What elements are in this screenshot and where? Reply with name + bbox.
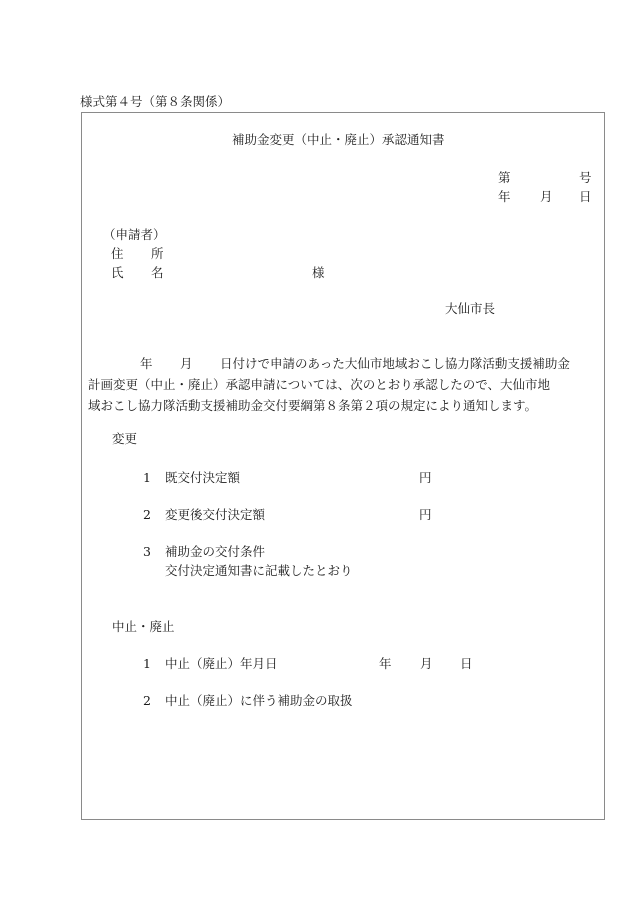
doc-number-suffix: 号 (579, 172, 592, 185)
body-line-1: 日付けで申請のあった大仙市地域おこし協力隊活動支援補助金 (220, 358, 570, 371)
change-item-1-number: 1 (143, 472, 151, 485)
cancel-item-1-label: 中止（廃止）年月日 (165, 658, 278, 671)
form-label: 様式第４号（第８条関係） (80, 96, 230, 109)
change-section-heading: 変更 (112, 433, 137, 446)
cancel-item-1-month: 月 (420, 658, 433, 671)
issuer-mayor: 大仙市長 (445, 303, 495, 316)
cancel-item-1-day: 日 (460, 658, 473, 671)
cancel-item-2-label: 中止（廃止）に伴う補助金の取扱 (165, 695, 353, 708)
doc-number-prefix: 第 (498, 172, 511, 185)
change-item-1-label: 既交付決定額 (165, 472, 240, 485)
name-label-2: 名 (151, 267, 164, 280)
change-item-3-number: 3 (143, 546, 151, 559)
cancel-item-1-number: 1 (143, 658, 151, 671)
change-item-2-number: 2 (143, 509, 151, 522)
cancel-item-1-year: 年 (379, 658, 392, 671)
change-item-2-unit: 円 (419, 509, 432, 522)
date-year-label: 年 (498, 191, 511, 204)
change-item-3-detail: 交付決定通知書に記載したとおり (165, 565, 353, 578)
date-day-label: 日 (579, 191, 592, 204)
change-item-1-unit: 円 (419, 472, 432, 485)
cancel-item-2-number: 2 (143, 695, 151, 708)
honorific-sama: 様 (312, 267, 325, 280)
document-title: 補助金変更（中止・廃止）承認通知書 (232, 134, 445, 147)
body-year: 年 (140, 358, 153, 371)
body-month: 月 (180, 358, 193, 371)
change-item-3-label: 補助金の交付条件 (165, 546, 265, 559)
body-line-2: 計画変更（中止・廃止）承認申請については、次のとおり承認したので、大仙市地 (88, 379, 550, 392)
body-line-3: 域おこし協力隊活動支援補助金交付要綱第８条第２項の規定により通知します。 (88, 400, 537, 413)
document-frame (81, 112, 605, 820)
address-label-1: 住 (111, 248, 124, 261)
date-month-label: 月 (540, 191, 553, 204)
cancel-section-heading: 中止・廃止 (112, 621, 175, 634)
address-label-2: 所 (151, 248, 164, 261)
name-label-1: 氏 (111, 267, 124, 280)
change-item-2-label: 変更後交付決定額 (165, 509, 265, 522)
applicant-heading: （申請者） (103, 229, 166, 242)
